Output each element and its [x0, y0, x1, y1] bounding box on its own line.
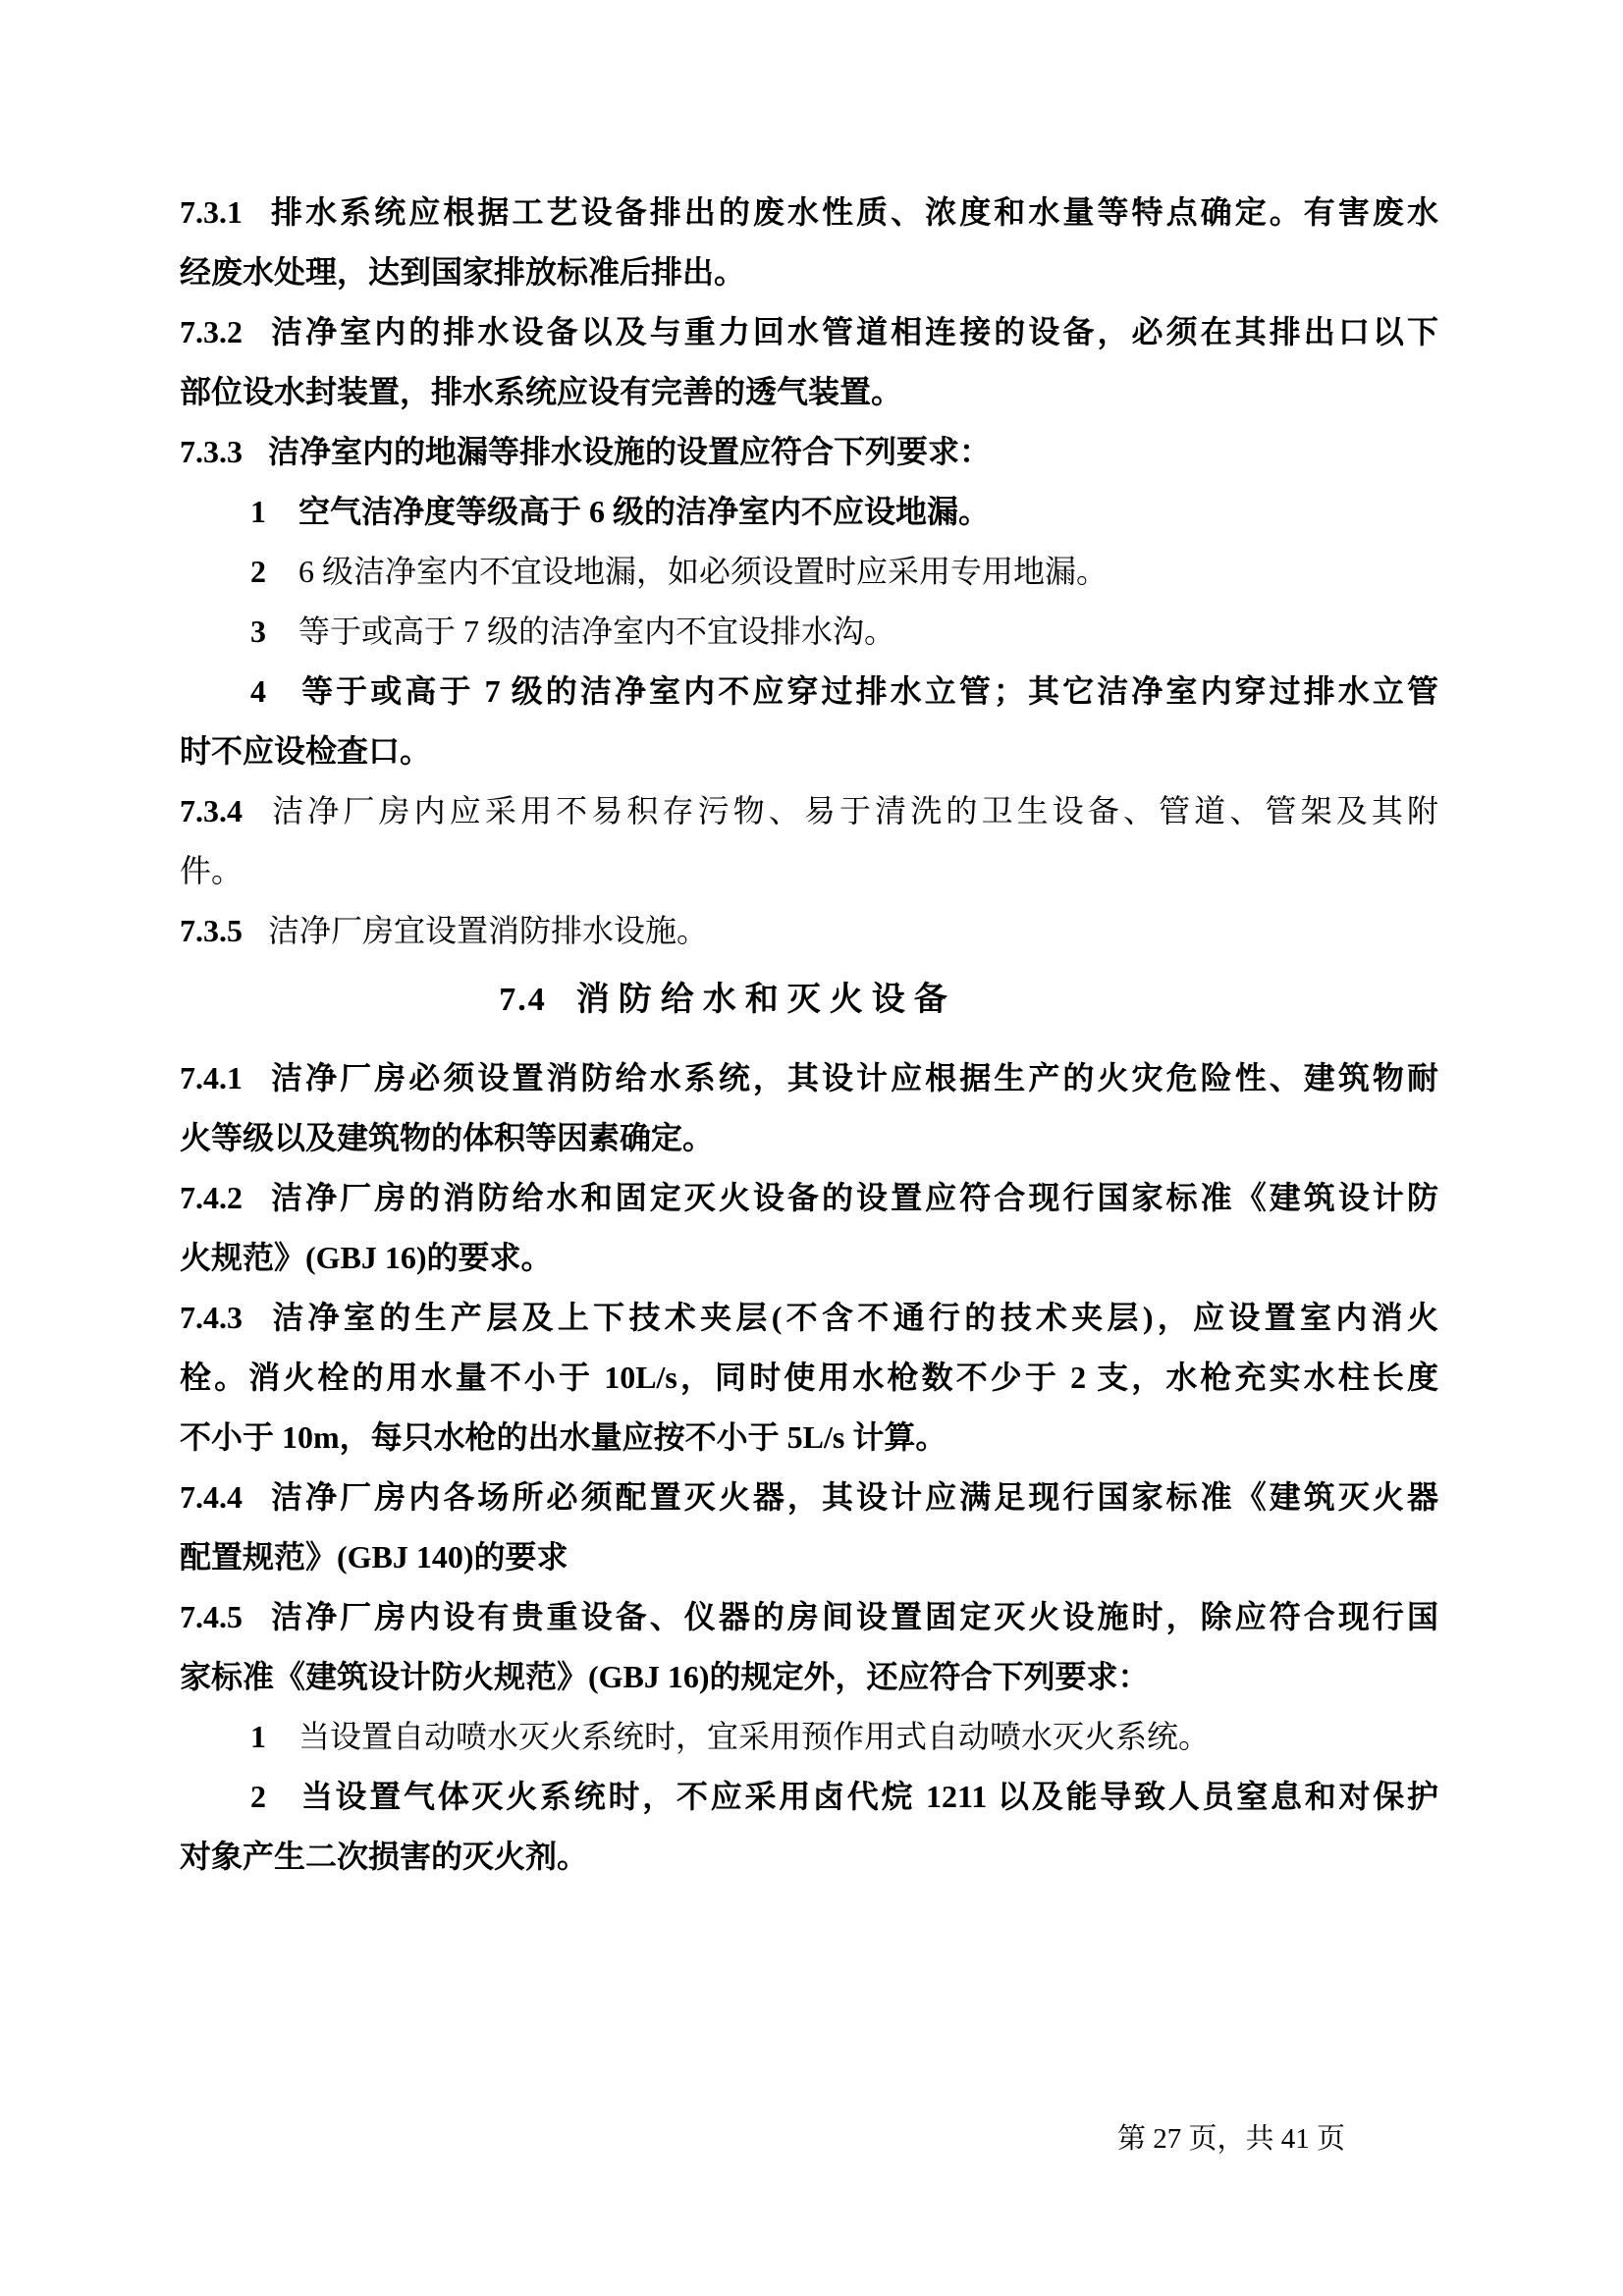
list-item-number: 1 — [250, 1719, 266, 1754]
page-indicator: 第 27 页，共 41 页 — [1117, 2123, 1345, 2155]
list-item-number: 2 — [250, 554, 266, 589]
clause-number: 7.3.3 — [180, 434, 243, 469]
document-page: 7.3.1排水系统应根据工艺设备排出的废水性质、浓度和水量等特点确定。有害废水 … — [0, 0, 1623, 2296]
clause-text: 配置规范》(GBJ 140)的要求 — [180, 1539, 568, 1575]
clause-7-3-5-line-1: 7.3.5洁净厂房宜设置消防排水设施。 — [180, 901, 1438, 961]
clause-7-4-4-line-1: 7.4.4洁净厂房内各场所必须配置灭火器，其设计应满足现行国家标准《建筑灭火器 — [180, 1468, 1438, 1527]
clause-text: 洁净室内的排水设备以及与重力回水管道相连接的设备，必须在其排出口以下 — [268, 314, 1438, 349]
clause-text: 不小于 10m，每只水枪的出水量应按不小于 5L/s 计算。 — [180, 1419, 947, 1455]
section-number: 7.4 — [499, 982, 547, 1018]
clause-7-4-2-line-2: 火规范》(GBJ 16)的要求。 — [180, 1228, 1438, 1288]
clause-7-3-3-line-1: 7.3.3洁净室内的地漏等排水设施的设置应符合下列要求： — [180, 422, 1438, 482]
list-item-1-line-1: 1空气洁净度等级高于 6 级的洁净室内不应设地漏。 — [180, 482, 1438, 542]
clause-7-3-4-line-2: 件。 — [180, 841, 1438, 901]
list-item-number: 3 — [250, 614, 266, 649]
clause-text: 家标准《建筑设计防火规范》(GBJ 16)的规定外，还应符合下列要求： — [180, 1659, 1150, 1694]
list-item-text: 等于或高于 7 级的洁净室内不宜设排水沟。 — [298, 614, 895, 649]
list-item-text: 对象产生二次损害的灭火剂。 — [180, 1839, 588, 1874]
clause-7-4-1-line-2: 火等级以及建筑物的体积等因素确定。 — [180, 1108, 1438, 1168]
clause-7-4-3-line-2: 栓。消火栓的用水量不小于 10L/s，同时使用水枪数不少于 2 支，水枪充实水柱… — [180, 1348, 1438, 1408]
clause-number: 7.4.1 — [180, 1060, 243, 1095]
clause-number: 7.4.2 — [180, 1180, 243, 1215]
list-item-4-line-2: 时不应设检查口。 — [180, 721, 1438, 781]
clause-text: 洁净厂房的消防给水和固定灭火设备的设置应符合现行国家标准《建筑设计防 — [268, 1180, 1438, 1215]
list-item-text: 6 级洁净室内不宜设地漏，如必须设置时应采用专用地漏。 — [298, 554, 1108, 589]
clause-text: 火等级以及建筑物的体积等因素确定。 — [180, 1120, 714, 1155]
list-item-2-line-1: 26 级洁净室内不宜设地漏，如必须设置时应采用专用地漏。 — [180, 542, 1438, 602]
list-item-text: 当设置自动喷水灭火系统时，宜采用预作用式自动喷水灭火系统。 — [298, 1719, 1210, 1754]
document-body: 7.3.1排水系统应根据工艺设备排出的废水性质、浓度和水量等特点确定。有害废水 … — [180, 183, 1438, 1887]
list-item-text: 当设置气体灭火系统时，不应采用卤代烷 1211 以及能导致人员窒息和对保护 — [298, 1779, 1438, 1814]
clause-text: 洁净厂房内各场所必须配置灭火器，其设计应满足现行国家标准《建筑灭火器 — [268, 1479, 1438, 1515]
clause-number: 7.4.3 — [180, 1300, 243, 1335]
clause-7-3-1-line-2: 经废水处理，达到国家排放标准后排出。 — [180, 242, 1438, 302]
list-item-number: 1 — [250, 494, 266, 529]
clause-text: 经废水处理，达到国家排放标准后排出。 — [180, 254, 745, 290]
clause-7-3-4-line-1: 7.3.4洁净厂房内应采用不易积存污物、易于清洗的卫生设备、管道、管架及其附 — [180, 781, 1438, 841]
clause-7-4-5-line-1: 7.4.5洁净厂房内设有贵重设备、仪器的房间设置固定灭火设施时，除应符合现行国 — [180, 1587, 1438, 1647]
clause-number: 7.4.4 — [180, 1479, 243, 1515]
section-heading: 7.4消防给水和灭火设备 — [180, 970, 1438, 1048]
clause-number: 7.4.5 — [180, 1599, 243, 1634]
clause-7-4-3-line-3: 不小于 10m，每只水枪的出水量应按不小于 5L/s 计算。 — [180, 1408, 1438, 1468]
page-footer: 第 27 页，共 41 页 — [180, 2109, 1438, 2169]
clause-number: 7.3.4 — [180, 793, 243, 828]
section-title: 消防给水和灭火设备 — [576, 982, 956, 1018]
clause-text: 排水系统应根据工艺设备排出的废水性质、浓度和水量等特点确定。有害废水 — [268, 194, 1438, 230]
clause-7-4-4-line-2: 配置规范》(GBJ 140)的要求 — [180, 1527, 1438, 1587]
clause-text: 部位设水封装置，排水系统应设有完善的透气装置。 — [180, 374, 902, 409]
clause-text: 洁净室的生产层及上下技术夹层(不含不通行的技术夹层)，应设置室内消火 — [268, 1300, 1438, 1335]
clause-text: 洁净厂房宜设置消防排水设施。 — [268, 913, 708, 948]
clause-text: 洁净厂房内设有贵重设备、仪器的房间设置固定灭火设施时，除应符合现行国 — [268, 1599, 1438, 1634]
clause-7-4-1-line-1: 7.4.1洁净厂房必须设置消防给水系统，其设计应根据生产的火灾危险性、建筑物耐 — [180, 1048, 1438, 1108]
clause-7-4-3-line-1: 7.4.3洁净室的生产层及上下技术夹层(不含不通行的技术夹层)，应设置室内消火 — [180, 1288, 1438, 1348]
clause-7-3-2-line-1: 7.3.2洁净室内的排水设备以及与重力回水管道相连接的设备，必须在其排出口以下 — [180, 302, 1438, 362]
list-item-number: 4 — [250, 673, 266, 709]
list-item-2-line-2: 对象产生二次损害的灭火剂。 — [180, 1827, 1438, 1887]
clause-number: 7.3.1 — [180, 194, 243, 230]
list-item-1-line-1: 1当设置自动喷水灭火系统时，宜采用预作用式自动喷水灭火系统。 — [180, 1707, 1438, 1767]
clause-text: 火规范》(GBJ 16)的要求。 — [180, 1240, 553, 1275]
clause-7-3-1-line-1: 7.3.1排水系统应根据工艺设备排出的废水性质、浓度和水量等特点确定。有害废水 — [180, 183, 1438, 242]
clause-7-4-2-line-1: 7.4.2洁净厂房的消防给水和固定灭火设备的设置应符合现行国家标准《建筑设计防 — [180, 1168, 1438, 1228]
clause-text: 栓。消火栓的用水量不小于 10L/s，同时使用水枪数不少于 2 支，水枪充实水柱… — [180, 1360, 1438, 1395]
list-item-3-line-1: 3等于或高于 7 级的洁净室内不宜设排水沟。 — [180, 602, 1438, 662]
clause-text: 洁净厂房必须设置消防给水系统，其设计应根据生产的火灾危险性、建筑物耐 — [268, 1060, 1438, 1095]
list-item-number: 2 — [250, 1779, 266, 1814]
clause-7-3-2-line-2: 部位设水封装置，排水系统应设有完善的透气装置。 — [180, 362, 1438, 422]
clause-text: 洁净厂房内应采用不易积存污物、易于清洗的卫生设备、管道、管架及其附 — [268, 793, 1438, 828]
clause-number: 7.3.2 — [180, 314, 243, 349]
list-item-text: 时不应设检查口。 — [180, 733, 431, 769]
clause-text: 件。 — [180, 853, 243, 888]
clause-number: 7.3.5 — [180, 913, 243, 948]
list-item-2-line-1: 2当设置气体灭火系统时，不应采用卤代烷 1211 以及能导致人员窒息和对保护 — [180, 1767, 1438, 1827]
list-item-text: 等于或高于 7 级的洁净室内不应穿过排水立管；其它洁净室内穿过排水立管 — [298, 673, 1438, 709]
clause-7-4-5-line-2: 家标准《建筑设计防火规范》(GBJ 16)的规定外，还应符合下列要求： — [180, 1647, 1438, 1707]
clause-text: 洁净室内的地漏等排水设施的设置应符合下列要求： — [268, 434, 991, 469]
list-item-4-line-1: 4等于或高于 7 级的洁净室内不应穿过排水立管；其它洁净室内穿过排水立管 — [180, 662, 1438, 721]
list-item-text: 空气洁净度等级高于 6 级的洁净室内不应设地漏。 — [298, 494, 990, 529]
